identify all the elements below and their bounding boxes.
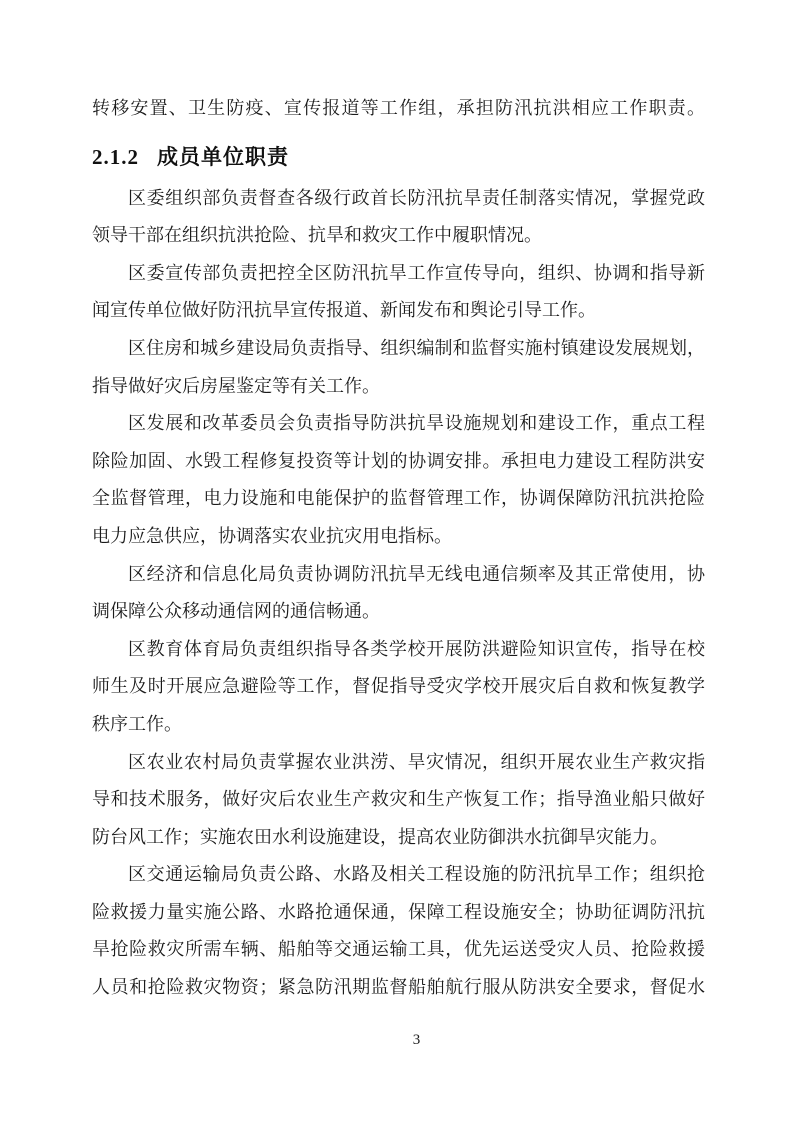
- body-line: 险救援力量实施公路、水路抢通保通，保障工程设施安全；协助征调防汛抗: [92, 894, 705, 932]
- paragraph-transport-bureau: 区交通运输局负责公路、水路及相关工程设施的防汛抗旱工作；组织抢 险救援力量实施公…: [92, 856, 705, 1006]
- paragraph-education-sports: 区教育体育局负责组织指导各类学校开展防洪避险知识宣传，指导在校 师生及时开展应急…: [92, 631, 705, 744]
- body-line: 区发展和改革委员会负责指导防洪抗旱设施规划和建设工作，重点工程: [92, 405, 705, 443]
- paragraph-development-reform: 区发展和改革委员会负责指导防洪抗旱设施规划和建设工作，重点工程 除险加固、水毁工…: [92, 405, 705, 555]
- section-heading: 2.1.2成员单位职责: [92, 135, 705, 180]
- body-line: 防台风工作；实施农田水利设施建设，提高农业防御洪水抗御旱灾能力。: [92, 819, 705, 857]
- body-line: 指导做好灾后房屋鉴定等有关工作。: [92, 368, 705, 406]
- body-line: 区委宣传部负责把控全区防汛抗旱工作宣传导向，组织、协调和指导新: [92, 255, 705, 293]
- page-number: 3: [0, 1030, 793, 1050]
- body-line: 导和技术服务，做好灾后农业生产救灾和生产恢复工作；指导渔业船只做好: [92, 781, 705, 819]
- body-line: 区教育体育局负责组织指导各类学校开展防洪避险知识宣传，指导在校: [92, 631, 705, 669]
- body-line: 旱抢险救灾所需车辆、船舶等交通运输工具，优先运送受灾人员、抢险救援: [92, 931, 705, 969]
- paragraph-org-dept: 区委组织部负责督查各级行政首长防汛抗旱责任制落实情况，掌握党政 领导干部在组织抗…: [92, 180, 705, 255]
- body-line: 区交通运输局负责公路、水路及相关工程设施的防汛抗旱工作；组织抢: [92, 856, 705, 894]
- body-line: 区农业农村局负责掌握农业洪涝、旱灾情况，组织开展农业生产救灾指: [92, 744, 705, 782]
- continuation-line: 转移安置、卫生防疫、宣传报道等工作组，承担防汛抗洪相应工作职责。: [92, 90, 705, 128]
- body-line: 区经济和信息化局负责协调防汛抗旱无线电通信频率及其正常使用，协: [92, 556, 705, 594]
- body-line: 电力应急供应，协调落实农业抗灾用电指标。: [92, 518, 705, 556]
- section-number: 2.1.2: [92, 145, 139, 169]
- body-line: 领导干部在组织抗洪抢险、抗旱和救灾工作中履职情况。: [92, 217, 705, 255]
- body-line: 秩序工作。: [92, 706, 705, 744]
- body-line: 闻宣传单位做好防汛抗旱宣传报道、新闻发布和舆论引导工作。: [92, 292, 705, 330]
- body-line: 调保障公众移动通信网的通信畅通。: [92, 593, 705, 631]
- paragraph-publicity-dept: 区委宣传部负责把控全区防汛抗旱工作宣传导向，组织、协调和指导新 闻宣传单位做好防…: [92, 255, 705, 330]
- body-line: 师生及时开展应急避险等工作，督促指导受灾学校开展灾后自救和恢复教学: [92, 668, 705, 706]
- document-page: 转移安置、卫生防疫、宣传报道等工作组，承担防汛抗洪相应工作职责。 2.1.2成员…: [0, 0, 793, 1122]
- paragraph-agriculture-rural: 区农业农村局负责掌握农业洪涝、旱灾情况，组织开展农业生产救灾指 导和技术服务，做…: [92, 744, 705, 857]
- section-title: 成员单位职责: [157, 146, 289, 169]
- body-line: 区委组织部负责督查各级行政首长防汛抗旱责任制落实情况，掌握党政: [92, 180, 705, 218]
- body-line: 人员和抢险救灾物资；紧急防汛期监督船舶航行服从防洪安全要求，督促水: [92, 969, 705, 1007]
- body-line: 全监督管理，电力设施和电能保护的监督管理工作，协调保障防汛抗洪抢险: [92, 480, 705, 518]
- paragraph-economy-info: 区经济和信息化局负责协调防汛抗旱无线电通信频率及其正常使用，协 调保障公众移动通…: [92, 556, 705, 631]
- paragraph-housing-bureau: 区住房和城乡建设局负责指导、组织编制和监督实施村镇建设发展规划， 指导做好灾后房…: [92, 330, 705, 405]
- body-line: 除险加固、水毁工程修复投资等计划的协调安排。承担电力建设工程防洪安: [92, 443, 705, 481]
- body-line: 区住房和城乡建设局负责指导、组织编制和监督实施村镇建设发展规划，: [92, 330, 705, 368]
